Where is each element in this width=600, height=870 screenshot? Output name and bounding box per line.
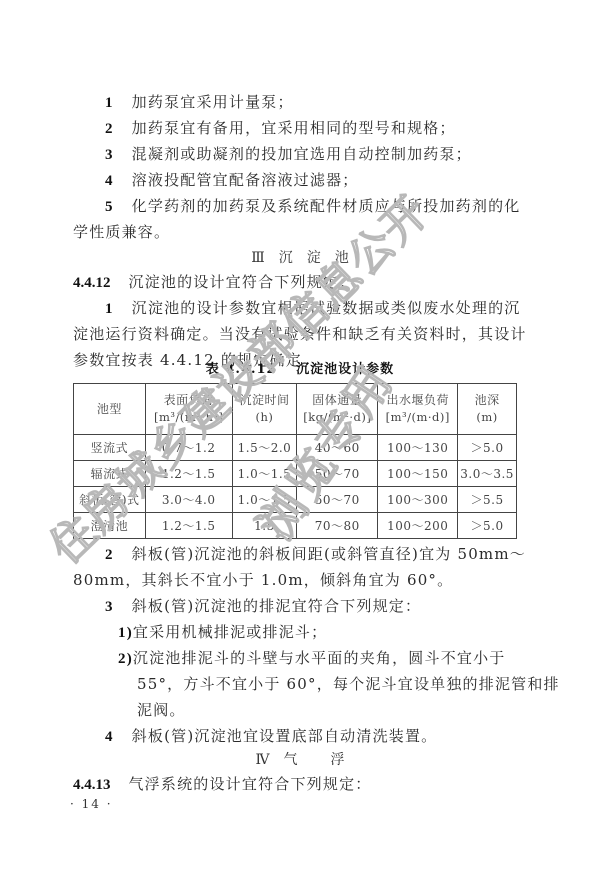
table-number: 表 4.4.12 [206, 362, 277, 377]
cell: 100～200 [378, 513, 458, 539]
list-item-4: 4 溶液投配管宜配备溶液过滤器； [105, 170, 358, 191]
page-number: · 14 · [70, 797, 113, 811]
table-row: 辐流式 1.2～1.5 1.0～1.5 50～70 100～150 3.0～3.… [74, 461, 517, 487]
item-number: 1 [105, 95, 114, 111]
item-number: 3 [105, 147, 114, 163]
section-heading-flotation: Ⅳ气浮 [0, 750, 600, 770]
cell: 100～300 [378, 487, 458, 513]
cell: 50～70 [297, 487, 378, 513]
list-item-2: 2 加药泵宜有备用，宜采用相同的型号和规格； [105, 118, 456, 139]
sub-item-2: 2)沉淀池排泥斗的斗壁与水平面的夹角，圆斗不宜小于 [118, 648, 506, 669]
cell: 竖流式 [74, 435, 146, 461]
clause-4-4-12-item-3: 3 斜板(管)沉淀池的排泥宜符合下列规定： [105, 596, 421, 617]
section-heading-sedimentation: Ⅲ沉淀池 [0, 248, 600, 268]
item-number: 2 [105, 121, 114, 137]
header-weir-load: 出水堰负荷[m³/(m·d)] [378, 384, 458, 435]
list-item-3: 3 混凝剂或助凝剂的投加宜选用自动控制加药泵； [105, 144, 472, 165]
clause-4-4-13: 4.4.13 气浮系统的设计宜符合下列规定： [73, 774, 371, 795]
item-number: 4 [105, 173, 114, 189]
item-number: 5 [105, 199, 114, 215]
cell: 100～150 [378, 461, 458, 487]
paragraph-line: 55°，方斗不宜小于 60°，每个泥斗宜设单独的排泥管和排 [137, 674, 560, 694]
clause-number: 4.4.12 [73, 275, 111, 291]
header-solids-flux: 固体通量[kg/(m²·d)] [297, 384, 378, 435]
table-row: 竖流式 0.7～1.2 1.5～2.0 40～60 100～130 ＞5.0 [74, 435, 517, 461]
sub-item-number: 1) [118, 625, 133, 641]
section-roman: Ⅳ [256, 752, 270, 768]
item-text: 加药泵宜采用计量泵； [132, 93, 294, 111]
cell: 0.7～1.2 [145, 435, 232, 461]
cell: 100～130 [378, 435, 458, 461]
list-item-5-continuation: 学性质兼容。 [73, 222, 170, 242]
item-number: 3 [105, 599, 114, 615]
cell: 50～70 [297, 461, 378, 487]
cell: ＞5.5 [458, 487, 517, 513]
cell: 斜板(管)式 [74, 487, 146, 513]
cell: 70～80 [297, 513, 378, 539]
clause-4-4-12: 4.4.12 沉淀池的设计宜符合下列规定： [73, 272, 355, 293]
document-page: 1 加药泵宜采用计量泵； 2 加药泵宜有备用，宜采用相同的型号和规格； 3 混凝… [0, 0, 600, 870]
cell: 1.0～1.5 [232, 487, 297, 513]
paragraph-line: 泥阀。 [137, 700, 186, 720]
cell: 1.0～1.5 [232, 461, 297, 487]
item-text: 斜板(管)沉淀池宜设置底部自动清洗装置。 [132, 727, 438, 745]
header-depth: 池深(m) [458, 384, 517, 435]
item-text: 斜板(管)沉淀池的斜板间距(或斜管直径)宜为 50mm～ [132, 545, 526, 563]
clause-text: 沉淀池的设计宜符合下列规定： [128, 273, 355, 291]
cell: 40～60 [297, 435, 378, 461]
cell: 澄清池 [74, 513, 146, 539]
list-item-1: 1 加药泵宜采用计量泵； [105, 92, 294, 113]
item-text: 加药泵宜有备用，宜采用相同的型号和规格； [132, 119, 456, 137]
clause-text: 气浮系统的设计宜符合下列规定： [128, 775, 371, 793]
header-tank-type: 池型 [74, 384, 146, 435]
clause-4-4-12-item-4: 4 斜板(管)沉淀池宜设置底部自动清洗装置。 [105, 726, 437, 747]
sub-item-text: 宜采用机械排泥或排泥斗； [133, 623, 327, 641]
header-surface-load: 表面负荷[m³/(m²·h)] [145, 384, 232, 435]
clause-4-4-12-item-2: 2 斜板(管)沉淀池的斜板间距(或斜管直径)宜为 50mm～ [105, 544, 526, 565]
item-text: 化学药剂的加药泵及系统配件材质应与所投加药剂的化 [132, 197, 521, 215]
list-item-5: 5 化学药剂的加药泵及系统配件材质应与所投加药剂的化 [105, 196, 520, 217]
clause-4-4-12-item-1: 1 沉淀池的设计参数宜根据试验数据或类似废水处理的沉 [105, 298, 520, 319]
cell: 3.0～3.5 [458, 461, 517, 487]
item-text: 混凝剂或助凝剂的投加宜选用自动控制加药泵； [132, 145, 472, 163]
section-roman: Ⅲ [251, 250, 265, 266]
cell: 辐流式 [74, 461, 146, 487]
cell: 3.0～4.0 [145, 487, 232, 513]
cell: 1.5～2.0 [232, 435, 297, 461]
item-text: 溶液投配管宜配备溶液过滤器； [132, 171, 359, 189]
header-settling-time: 沉淀时间(h) [232, 384, 297, 435]
item-text: 沉淀池的设计参数宜根据试验数据或类似废水处理的沉 [132, 299, 521, 317]
cell: ＞5.0 [458, 435, 517, 461]
paragraph-line: 80mm，其斜长不宜小于 1.0m，倾斜角宜为 60°。 [73, 570, 453, 590]
cell: 1.2～1.5 [145, 461, 232, 487]
paragraph-line: 淀池运行资料确定。当没有试验条件和缺乏有关资料时，其设计 [73, 324, 527, 344]
item-number: 4 [105, 729, 114, 745]
item-number: 1 [105, 301, 114, 317]
item-number: 2 [105, 547, 114, 563]
table-row: 斜板(管)式 3.0～4.0 1.0～1.5 50～70 100～300 ＞5.… [74, 487, 517, 513]
cell: 1.2～1.5 [145, 513, 232, 539]
item-text: 斜板(管)沉淀池的排泥宜符合下列规定： [132, 597, 422, 615]
cell: ＞5.0 [458, 513, 517, 539]
sedimentation-parameters-table: 池型 表面负荷[m³/(m²·h)] 沉淀时间(h) 固体通量[kg/(m²·d… [73, 383, 517, 539]
sub-item-text: 沉淀池排泥斗的斗壁与水平面的夹角，圆斗不宜小于 [133, 649, 506, 667]
sub-item-1: 1)宜采用机械排泥或排泥斗； [118, 622, 327, 643]
table-row: 澄清池 1.2～1.5 1.5 70～80 100～200 ＞5.0 [74, 513, 517, 539]
cell: 1.5 [232, 513, 297, 539]
table-header-row: 池型 表面负荷[m³/(m²·h)] 沉淀时间(h) 固体通量[kg/(m²·d… [74, 384, 517, 435]
table-title: 沉淀池设计参数 [296, 362, 394, 377]
sub-item-number: 2) [118, 651, 133, 667]
clause-number: 4.4.13 [73, 777, 111, 793]
table-caption: 表 4.4.12 沉淀池设计参数 [0, 360, 600, 380]
